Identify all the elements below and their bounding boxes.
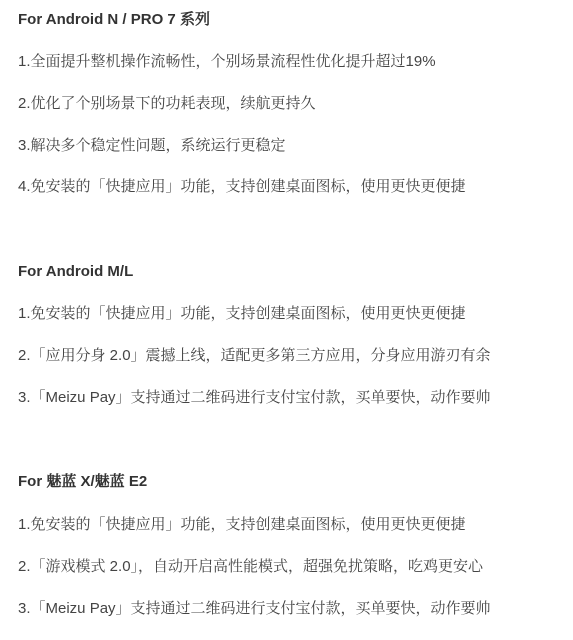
list-item: 1.免安装的「快捷应用」功能，支持创建桌面图标，使用更快更便捷 (18, 514, 466, 536)
section-android-n-pro7: For Android N / PRO 7 系列 1.全面提升整机操作流畅性，个… (18, 9, 573, 31)
list-item: 3.解决多个稳定性问题，系统运行更稳定 (18, 135, 286, 157)
list-item: 1.免安装的「快捷应用」功能，支持创建桌面图标，使用更快更便捷 (18, 303, 466, 325)
section-meilan-x-e2: For 魅蓝 X/魅蓝 E2 1.免安装的「快捷应用」功能，支持创建桌面图标，使… (18, 471, 573, 493)
section-heading: For 魅蓝 X/魅蓝 E2 (18, 471, 573, 493)
list-item: 3.「Meizu Pay」支持通过二维码进行支付宝付款，买单要快，动作要帅 (18, 598, 491, 620)
list-item: 2.「应用分身 2.0」震撼上线，适配更多第三方应用，分身应用游刃有余 (18, 345, 491, 367)
list-item: 4.免安装的「快捷应用」功能，支持创建桌面图标，使用更快更便捷 (18, 176, 466, 198)
section-heading: For Android M/L (18, 261, 573, 283)
list-item: 2.「游戏模式 2.0」，自动开启高性能模式，超强免扰策略，吃鸡更安心 (18, 556, 483, 578)
list-item: 2.优化了个别场景下的功耗表现，续航更持久 (18, 93, 316, 115)
list-item: 3.「Meizu Pay」支持通过二维码进行支付宝付款，买单要快，动作要帅 (18, 387, 491, 409)
section-heading: For Android N / PRO 7 系列 (18, 9, 573, 31)
list-item: 1.全面提升整机操作流畅性，个别场景流程性优化提升超过19% (18, 51, 436, 73)
section-android-m-l: For Android M/L 1.免安装的「快捷应用」功能，支持创建桌面图标，… (18, 261, 573, 283)
